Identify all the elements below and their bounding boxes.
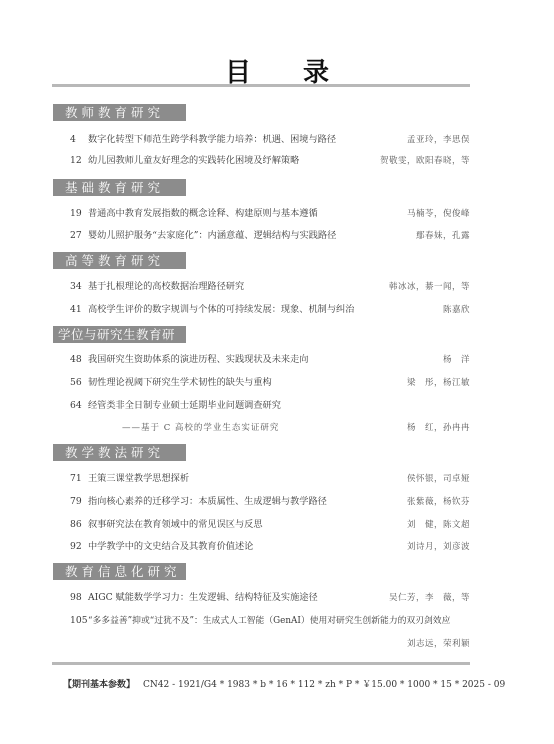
article-authors: 刘 健，陈文超 xyxy=(407,517,470,533)
article-title: 我国研究生资助体系的演进历程、实践现状及未来走向 xyxy=(88,352,309,368)
journal-parameters-value: CN42 - 1921/G4 * 1983 * b * 16 * 112 * z… xyxy=(143,680,505,690)
page-number: 48 xyxy=(70,352,88,368)
toc-entry[interactable]: 12 幼儿园教师儿童友好理念的实践转化困境及纾解策略 贺敬雯，欧阳春晓，等 xyxy=(70,153,470,169)
article-subtitle: ——基于 C 高校的学业生态实证研究 xyxy=(122,420,279,436)
journal-parameters: 【期刊基本参数】CN42 - 1921/G4 * 1983 * b * 16 *… xyxy=(63,677,483,690)
page-number: 41 xyxy=(70,302,88,318)
section-heading-basic-education: 基础教育研究 xyxy=(53,179,186,196)
article-authors: 张紫薇，杨钦芬 xyxy=(407,494,470,510)
article-title: 高校学生评价的数字规训与个体的可持续发展：现象、机制与纠治 xyxy=(88,302,354,318)
toc-entry[interactable]: 98 AIGC 赋能数学学习力：生发逻辑、结构特征及实施途径 吴仁芳，李 薇，等 xyxy=(70,590,470,606)
toc-entry-authors-continued[interactable]: 刘志远，荣利颖 xyxy=(70,636,470,652)
toc-entry[interactable]: 79 指向核心素养的迁移学习：本质属性、生成逻辑与教学路径 张紫薇，杨钦芬 xyxy=(70,494,470,510)
section-heading-teaching-methods: 教学教法研究 xyxy=(53,444,186,461)
bottom-divider xyxy=(52,662,470,665)
page-number: 98 xyxy=(70,590,88,606)
article-authors: 刘诗月，刘彦波 xyxy=(407,539,470,555)
toc-entry-subtitle[interactable]: ——基于 C 高校的学业生态实证研究 杨 红，孙冉冉 xyxy=(70,420,470,436)
article-authors: 贺敬雯，欧阳春晓，等 xyxy=(380,153,470,169)
article-title: AIGC 赋能数学学习力：生发逻辑、结构特征及实施途径 xyxy=(88,590,318,606)
toc-entry[interactable]: 64 经管类非全日制专业硕士延期毕业问题调查研究 xyxy=(70,398,470,414)
article-title: 幼儿园教师儿童友好理念的实践转化困境及纾解策略 xyxy=(88,153,299,169)
article-title: 基于扎根理论的高校数据治理路径研究 xyxy=(88,279,244,295)
article-title: 叙事研究法在教育领域中的常见误区与反思 xyxy=(88,517,263,533)
article-title: 中学教学中的文史结合及其教育价值述论 xyxy=(88,539,253,555)
page-number: 71 xyxy=(70,471,88,487)
page-number: 92 xyxy=(70,539,88,555)
article-authors: 杨 洋 xyxy=(443,352,470,368)
toc-entry[interactable]: 41 高校学生评价的数字规训与个体的可持续发展：现象、机制与纠治 陈嘉欣 xyxy=(70,302,470,318)
toc-entry[interactable]: 48 我国研究生资助体系的演进历程、实践现状及未来走向 杨 洋 xyxy=(70,352,470,368)
page-number: 27 xyxy=(70,228,88,244)
toc-entry[interactable]: 4 数字化转型下师范生跨学科教学能力培养：机遇、困境与路径 孟亚玲，李思俣 xyxy=(70,132,470,148)
toc-entry[interactable]: 27 婴幼儿照护服务“去家庭化”：内涵意蕴、逻辑结构与实践路径 鄢春妹，孔露 xyxy=(70,228,470,244)
article-title: “多多益善”抑或“过犹不及”：生成式人工智能（GenAI）使用对研究生创新能力的… xyxy=(88,613,450,629)
article-authors: 陈嘉欣 xyxy=(443,302,470,318)
toc-entry[interactable]: 56 韧性理论视阈下研究生学术韧性的缺失与重构 梁 彤，杨江敏 xyxy=(70,375,470,391)
article-authors: 刘志远，荣利颖 xyxy=(407,636,470,652)
page-number: 64 xyxy=(70,398,88,414)
article-title: 经管类非全日制专业硕士延期毕业问题调查研究 xyxy=(88,398,281,414)
toc-entry[interactable]: 105 “多多益善”抑或“过犹不及”：生成式人工智能（GenAI）使用对研究生创… xyxy=(70,613,470,629)
article-authors: 梁 彤，杨江敏 xyxy=(407,375,470,391)
top-divider xyxy=(52,84,470,87)
article-title: 指向核心素养的迁移学习：本质属性、生成逻辑与教学路径 xyxy=(88,494,327,510)
section-heading-higher-education: 高等教育研究 xyxy=(53,252,186,269)
article-authors: 鄢春妹，孔露 xyxy=(416,228,470,244)
article-authors: 孟亚玲，李思俣 xyxy=(407,132,470,148)
article-title: 王策三课堂教学思想探析 xyxy=(88,471,189,487)
article-title: 婴幼儿照护服务“去家庭化”：内涵意蕴、逻辑结构与实践路径 xyxy=(88,228,336,244)
page-number: 79 xyxy=(70,494,88,510)
article-authors: 吴仁芳，李 薇，等 xyxy=(389,590,470,606)
article-title: 普通高中教育发展指数的概念诠释、构建原则与基本遵循 xyxy=(88,206,318,222)
article-title: 韧性理论视阈下研究生学术韧性的缺失与重构 xyxy=(88,375,272,391)
toc-entry[interactable]: 86 叙事研究法在教育领域中的常见误区与反思 刘 健，陈文超 xyxy=(70,517,470,533)
toc-entry[interactable]: 71 王策三课堂教学思想探析 侯怀银，司卓娅 xyxy=(70,471,470,487)
page-number: 86 xyxy=(70,517,88,533)
page-number: 19 xyxy=(70,206,88,222)
section-heading-educational-informatization: 教育信息化研究 xyxy=(53,563,186,580)
article-authors: 侯怀银，司卓娅 xyxy=(407,471,470,487)
article-authors: 韩冰冰，綦一闻，等 xyxy=(389,279,470,295)
toc-entry[interactable]: 19 普通高中教育发展指数的概念诠释、构建原则与基本遵循 马楠苓，倪俊峰 xyxy=(70,206,470,222)
page-number: 105 xyxy=(70,613,88,629)
section-heading-graduate-education: 学位与研究生教育研究 xyxy=(53,326,186,343)
toc-entry[interactable]: 34 基于扎根理论的高校数据治理路径研究 韩冰冰，綦一闻，等 xyxy=(70,279,470,295)
section-heading-teacher-education: 教师教育研究 xyxy=(53,104,186,121)
article-title: 数字化转型下师范生跨学科教学能力培养：机遇、困境与路径 xyxy=(88,132,336,148)
page-number: 4 xyxy=(70,132,88,148)
article-authors: 杨 红，孙冉冉 xyxy=(407,420,470,436)
page-number: 56 xyxy=(70,375,88,391)
page-number: 12 xyxy=(70,153,88,169)
toc-entry[interactable]: 92 中学教学中的文史结合及其教育价值述论 刘诗月，刘彦波 xyxy=(70,539,470,555)
page-number: 34 xyxy=(70,279,88,295)
article-authors: 马楠苓，倪俊峰 xyxy=(407,206,470,222)
journal-parameters-label: 【期刊基本参数】 xyxy=(63,680,135,690)
